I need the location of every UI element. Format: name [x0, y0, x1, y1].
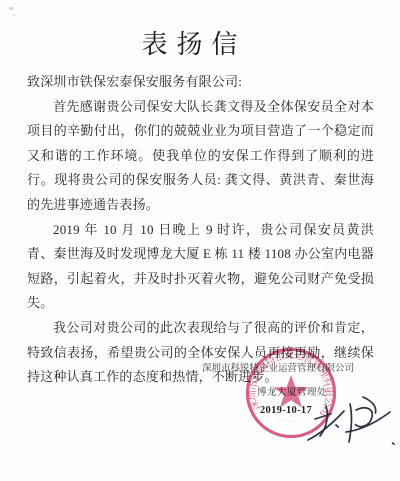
letter-page: 表扬信 致深圳市铁保宏泰保安服务有限公司: 首先感谢贵公司保安大队长龚文得及全体…: [0, 0, 400, 481]
seal-star-icon: [274, 375, 308, 407]
paragraph-2: 2019 年 10 月 10 日晚上 9 时许，贵公司保安员黄洪青、秦世海及时发…: [27, 218, 374, 316]
signature-strokes: [308, 397, 394, 444]
letter-title: 表扬信: [0, 24, 394, 61]
scan-artifact: [9, 7, 13, 10]
salutation-line: 致深圳市铁保宏泰保安服务有限公司:: [27, 70, 374, 95]
svg-text:··········: ··········: [273, 415, 305, 425]
handwritten-signature: [306, 395, 398, 457]
scan-artifact: [13, 14, 15, 16]
seal-serial-microtext: ··········: [273, 415, 305, 425]
letter-body: 致深圳市铁保宏泰保安服务有限公司: 首先感谢贵公司保安大队长龚文得及全体保安员全…: [0, 70, 400, 390]
paragraph-1: 首先感谢贵公司保安大队长龚文得及全体保安员全对本项目的辛勤付出，你们的兢兢业业为…: [27, 95, 374, 218]
